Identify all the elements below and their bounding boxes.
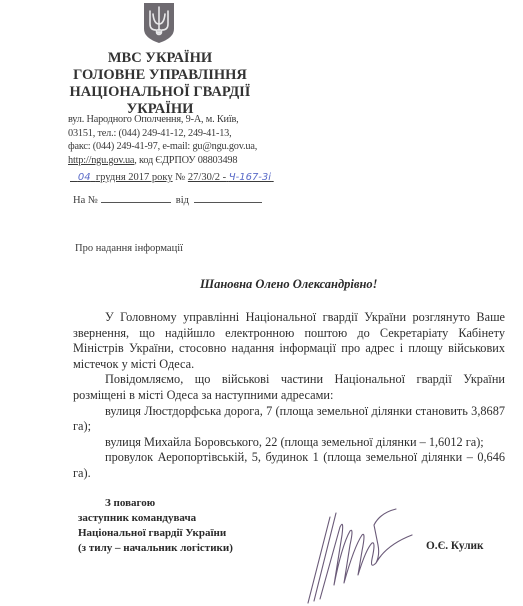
ref-label: На № (73, 195, 98, 206)
address-line: факс: (044) 249-41-97, e-mail: gu@ngu.go… (68, 140, 257, 154)
number-field: 27/30/2 - Ч-167-3і (188, 172, 274, 183)
subject: Про надання інформації (75, 243, 183, 254)
address-item: вулиця Люстдорфська дорога, 7 (площа зем… (73, 404, 505, 435)
letter-body: У Головному управлінні Національної гвар… (73, 310, 505, 482)
org-line: МВС УКРАЇНИ (62, 50, 258, 67)
handwritten-day: 04 (78, 172, 91, 183)
handwritten-signature (300, 505, 415, 605)
closing-block: З повагою заступник командувача Націонал… (78, 496, 233, 556)
org-line: НАЦІОНАЛЬНОЇ ГВАРДІЇ (62, 84, 258, 101)
address-item: вулиця Михайла Боровського, 22 (площа зе… (73, 435, 505, 451)
greeting: Шановна Олено Олександрівно! (200, 277, 378, 292)
number-label: № (175, 172, 185, 183)
ref-number-blank (101, 193, 171, 203)
edrpou-code: , код ЄДРПОУ 08803498 (134, 155, 237, 166)
from-label: від (176, 195, 189, 206)
doc-number: 27/30/2 - (188, 172, 226, 183)
org-name: МВС УКРАЇНИ ГОЛОВНЕ УПРАВЛІННЯ НАЦІОНАЛЬ… (62, 50, 258, 118)
org-address: вул. Народного Ополчення, 9-А, м. Київ, … (68, 113, 257, 167)
date-field: 04 грудня 2017 року (70, 172, 173, 183)
address-item: провулок Аеропортівській, 5, будинок 1 (… (73, 450, 505, 481)
position-line: Національної гвардії України (78, 526, 233, 541)
address-line: 03151, тел.: (044) 249-41-12, 249-41-13, (68, 127, 257, 141)
position-line: (з тилу – начальник логістики) (78, 541, 233, 556)
regards: З повагою (78, 496, 233, 511)
position-line: заступник командувача (78, 511, 233, 526)
paragraph: Повідомляємо, що військові частини Націо… (73, 372, 505, 403)
month-year: грудня 2017 року (96, 172, 173, 183)
signer-name: О.Є. Кулик (426, 540, 484, 552)
ref-date-blank (194, 193, 262, 203)
org-line: ГОЛОВНЕ УПРАВЛІННЯ (62, 67, 258, 84)
registration-line: 04 грудня 2017 року № 27/30/2 - Ч-167-3і (70, 172, 274, 183)
address-line: http://ngu.gov.ua, код ЄДРПОУ 08803498 (68, 154, 257, 168)
paragraph: У Головному управлінні Національної гвар… (73, 310, 505, 372)
website-link[interactable]: http://ngu.gov.ua (68, 155, 134, 166)
address-line: вул. Народного Ополчення, 9-А, м. Київ, (68, 113, 257, 127)
trident-coat-of-arms-icon (143, 2, 175, 44)
handwritten-number: Ч-167-3і (229, 172, 271, 183)
reference-line: На № від (73, 193, 262, 206)
